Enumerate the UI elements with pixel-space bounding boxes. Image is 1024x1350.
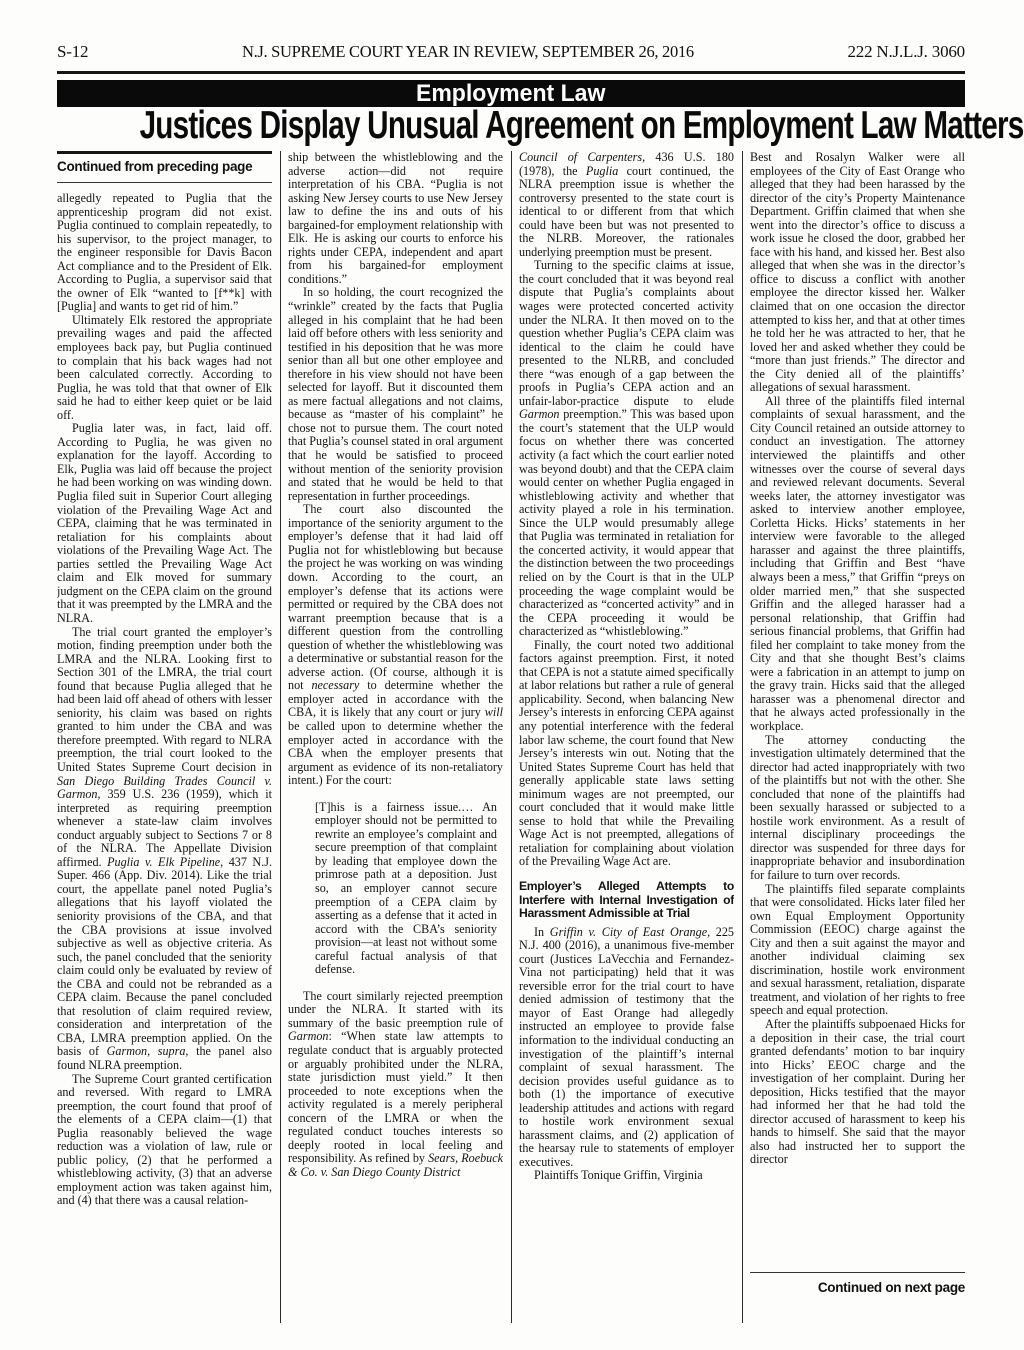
continued-next-note: Continued on next page — [750, 1272, 965, 1295]
article-paragraph: Puglia later was, in fact, laid off. Acc… — [57, 422, 272, 625]
article-paragraph: In Griffin v. City of East Orange, 225 N… — [519, 926, 734, 1170]
article-paragraph: Finally, the court noted two additional … — [519, 639, 734, 869]
continued-from-note: Continued from preceding page — [57, 151, 272, 183]
column-divider — [742, 151, 743, 1323]
article-paragraph: After the plaintiffs subpoenaed Hicks fo… — [750, 1018, 965, 1167]
newspaper-page: S-12 N.J. SUPREME COURT YEAR IN REVIEW, … — [0, 0, 1024, 1350]
page-number: S-12 — [57, 42, 88, 62]
article-paragraph: The court also discounted the importance… — [288, 503, 503, 787]
column-2: ship between the whistleblowing and the … — [288, 151, 503, 1323]
column-divider — [280, 151, 281, 1323]
masthead: S-12 N.J. SUPREME COURT YEAR IN REVIEW, … — [57, 42, 965, 74]
publication-title: N.J. SUPREME COURT YEAR IN REVIEW, SEPTE… — [242, 42, 694, 62]
article-paragraph: Council of Carpenters, 436 U.S. 180 (197… — [519, 151, 734, 259]
article-headline: Justices Display Unusual Agreement on Em… — [0, 104, 1024, 148]
column-3: Council of Carpenters, 436 U.S. 180 (197… — [519, 151, 734, 1323]
article-paragraph: Plaintiffs Tonique Griffin, Virginia — [519, 1169, 734, 1183]
article-paragraph: All three of the plaintiffs filed intern… — [750, 395, 965, 734]
article-paragraph: The court similarly rejected preemption … — [288, 990, 503, 1180]
citation-number: 222 N.J.L.J. 3060 — [847, 42, 965, 62]
article-subhead: Employer’s Alleged Attempts to Interfere… — [519, 880, 734, 921]
article-paragraph: The Supreme Court granted certification … — [57, 1073, 272, 1208]
column-divider — [511, 151, 512, 1323]
section-banner: Employment Law — [57, 80, 965, 107]
column-4: Best and Rosalyn Walker were all employe… — [750, 151, 965, 1323]
article-paragraph: Ultimately Elk restored the appropriate … — [57, 314, 272, 422]
article-paragraph: The trial court granted the employer’s m… — [57, 626, 272, 1073]
article-paragraph: Best and Rosalyn Walker were all employe… — [750, 151, 965, 395]
column-1: Continued from preceding pageallegedly r… — [57, 151, 272, 1323]
article-paragraph: ship between the whistleblowing and the … — [288, 151, 503, 286]
article-paragraph: In so holding, the court recognized the … — [288, 286, 503, 503]
article-paragraph: The plaintiffs filed separate complaints… — [750, 883, 965, 1018]
block-quote: [T]his is a fairness issue.… An employer… — [315, 801, 497, 977]
article-paragraph: Turning to the specific claims at issue,… — [519, 259, 734, 638]
article-paragraph: The attorney conducting the investigatio… — [750, 734, 965, 883]
article-body: Continued from preceding pageallegedly r… — [57, 151, 965, 1323]
article-paragraph: allegedly repeated to Puglia that the ap… — [57, 192, 272, 314]
